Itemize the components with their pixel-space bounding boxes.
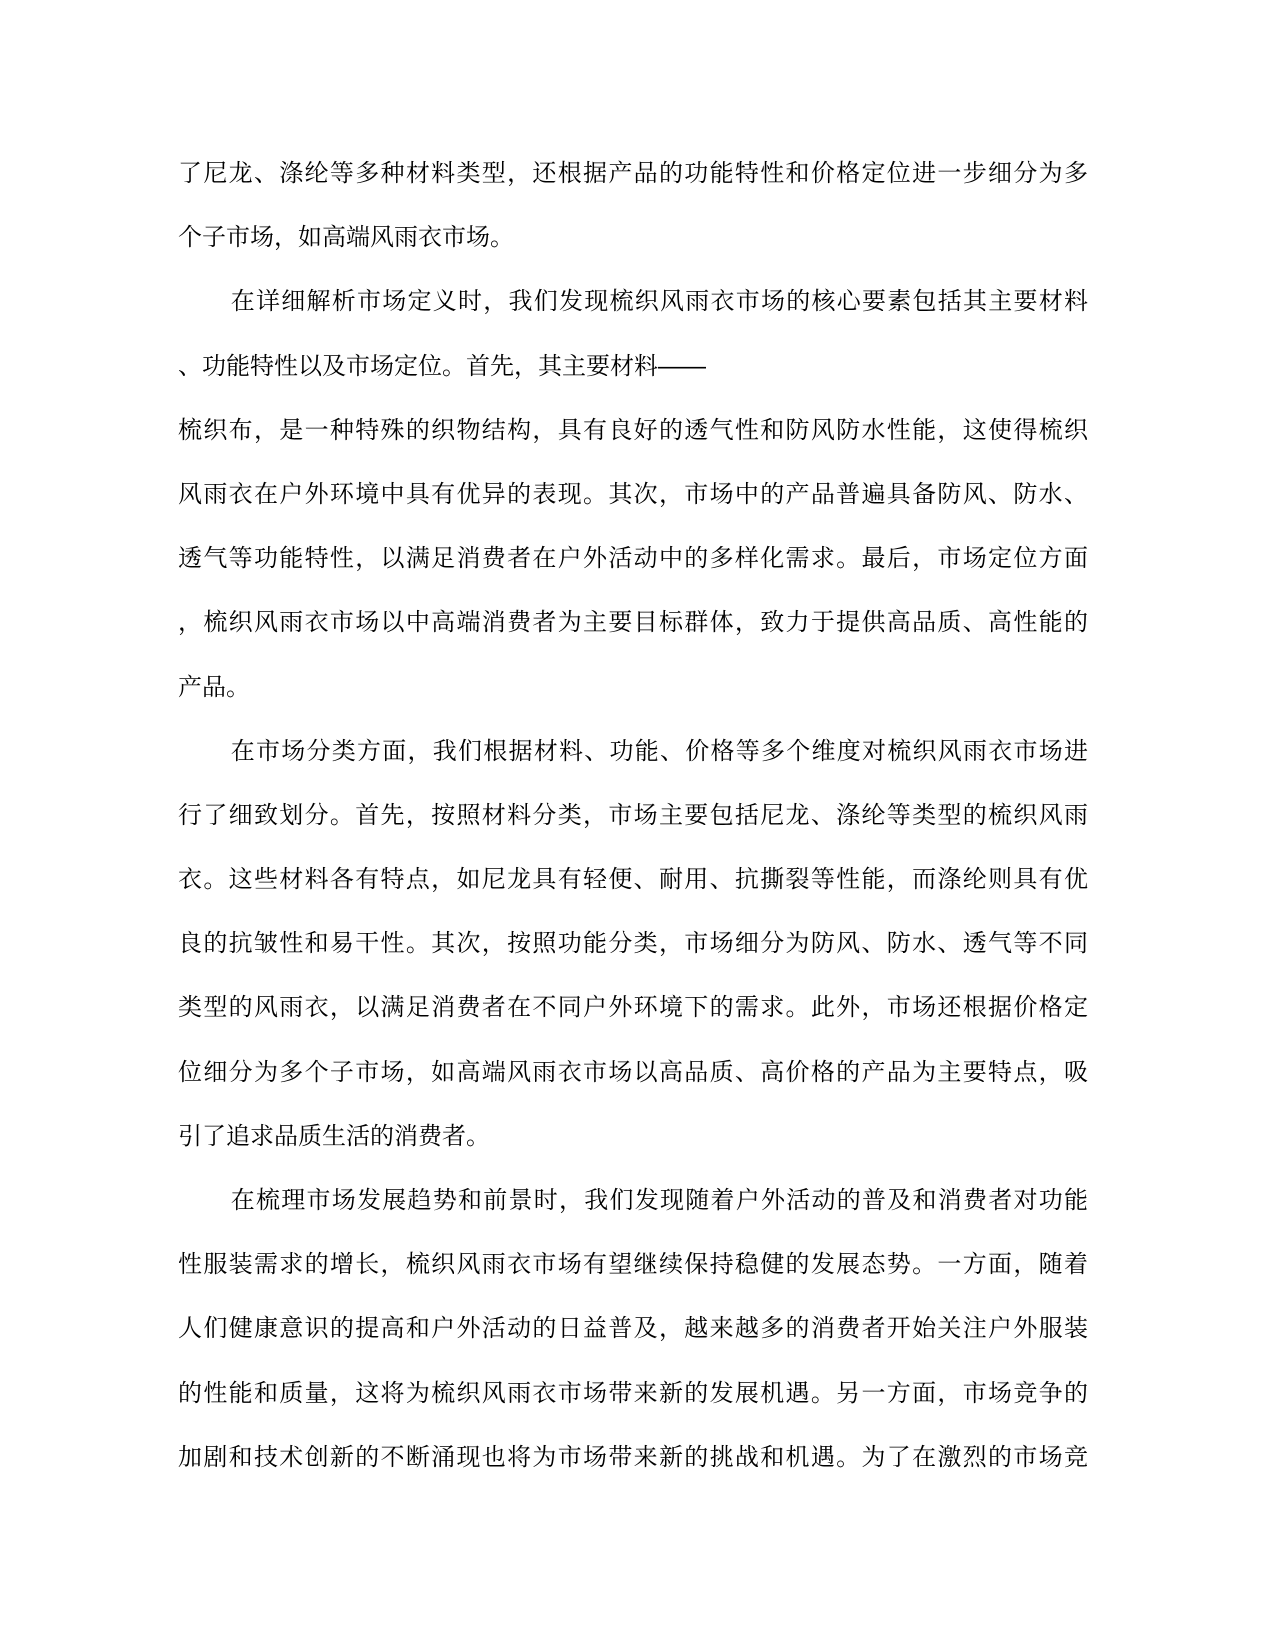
text-line: 产品。 bbox=[178, 656, 1088, 720]
text-line: 的性能和质量，这将为梳织风雨衣市场带来新的发展机遇。另一方面，市场竞争的 bbox=[178, 1362, 1088, 1426]
text-line: 透气等功能特性，以满足消费者在户外活动中的多样化需求。最后，市场定位方面 bbox=[178, 527, 1088, 591]
text-line: ，梳织风雨衣市场以中高端消费者为主要目标群体，致力于提供高品质、高性能的 bbox=[178, 591, 1088, 655]
text-line: 衣。这些材料各有特点，如尼龙具有轻便、耐用、抗撕裂等性能，而涤纶则具有优 bbox=[178, 848, 1088, 912]
paragraph-4: 在梳理市场发展趋势和前景时，我们发现随着户外活动的普及和消费者对功能性服装需求的… bbox=[178, 1169, 1088, 1490]
text-line: 了尼龙、涤纶等多种材料类型，还根据产品的功能特性和价格定位进一步细分为多 bbox=[178, 142, 1088, 206]
text-line: 风雨衣在户外环境中具有优异的表现。其次，市场中的产品普遍具备防风、防水、 bbox=[178, 463, 1088, 527]
text-line: 个子市场，如高端风雨衣市场。 bbox=[178, 206, 1088, 270]
document-page: 了尼龙、涤纶等多种材料类型，还根据产品的功能特性和价格定位进一步细分为多个子市场… bbox=[0, 0, 1275, 1650]
text-line: 在市场分类方面，我们根据材料、功能、价格等多个维度对梳织风雨衣市场进 bbox=[178, 720, 1088, 784]
text-line: 在详细解析市场定义时，我们发现梳织风雨衣市场的核心要素包括其主要材料 bbox=[178, 270, 1088, 334]
text-line: 加剧和技术创新的不断涌现也将为市场带来新的挑战和机遇。为了在激烈的市场竞 bbox=[178, 1426, 1088, 1490]
text-line: 梳织布，是一种特殊的织物结构，具有良好的透气性和防风防水性能，这使得梳织 bbox=[178, 399, 1088, 463]
text-line: 、功能特性以及市场定位。首先，其主要材料—— bbox=[178, 335, 1088, 399]
text-line: 在梳理市场发展趋势和前景时，我们发现随着户外活动的普及和消费者对功能 bbox=[178, 1169, 1088, 1233]
text-line: 引了追求品质生活的消费者。 bbox=[178, 1105, 1088, 1169]
text-line: 行了细致划分。首先，按照材料分类，市场主要包括尼龙、涤纶等类型的梳织风雨 bbox=[178, 784, 1088, 848]
paragraph-3: 在市场分类方面，我们根据材料、功能、价格等多个维度对梳织风雨衣市场进行了细致划分… bbox=[178, 720, 1088, 1169]
document-content: 了尼龙、涤纶等多种材料类型，还根据产品的功能特性和价格定位进一步细分为多个子市场… bbox=[178, 142, 1088, 1490]
text-line: 性服装需求的增长，梳织风雨衣市场有望继续保持稳健的发展态势。一方面，随着 bbox=[178, 1233, 1088, 1297]
text-line: 良的抗皱性和易干性。其次，按照功能分类，市场细分为防风、防水、透气等不同 bbox=[178, 912, 1088, 976]
paragraph-2: 在详细解析市场定义时，我们发现梳织风雨衣市场的核心要素包括其主要材料、功能特性以… bbox=[178, 270, 1088, 719]
text-line: 类型的风雨衣，以满足消费者在不同户外环境下的需求。此外，市场还根据价格定 bbox=[178, 976, 1088, 1040]
text-line: 人们健康意识的提高和户外活动的日益普及，越来越多的消费者开始关注户外服装 bbox=[178, 1297, 1088, 1361]
text-line: 位细分为多个子市场，如高端风雨衣市场以高品质、高价格的产品为主要特点，吸 bbox=[178, 1041, 1088, 1105]
paragraph-1: 了尼龙、涤纶等多种材料类型，还根据产品的功能特性和价格定位进一步细分为多个子市场… bbox=[178, 142, 1088, 270]
